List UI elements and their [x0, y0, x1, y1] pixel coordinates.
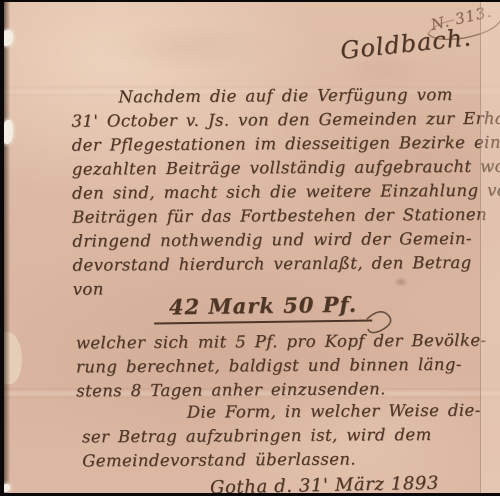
handwritten-line: welcher sich mit 5 Pf. pro Kopf der Bevö…: [76, 329, 487, 356]
handwritten-line: der Pflegestationen im diesseitigen Bezi…: [72, 130, 500, 157]
handwritten-line: Nachdem die auf die Verfügung vom: [71, 82, 500, 109]
handwritten-line: devorstand hierdurch veranlaßt, den Betr…: [72, 250, 500, 277]
paper-damage-spot: [4, 120, 13, 144]
paper-stain: [94, 22, 274, 72]
letter-body-paragraph-3: Die Form, in welcher Weise die-ser Betra…: [82, 399, 481, 474]
paper-damage-spot: [4, 30, 13, 46]
addressee-place-name: Goldbach.: [339, 23, 473, 65]
scanned-letter-screenshot: { "document": { "language": "German (Kur…: [0, 0, 500, 496]
left-edge-shadow: [4, 2, 11, 493]
handwritten-line: den sind, macht sich die weitere Einzahl…: [72, 178, 500, 205]
handwritten-line: dringend nothwendig und wird der Gemein-: [72, 226, 500, 253]
amount-line: 42 Mark 50 Pf.: [154, 291, 372, 324]
handwritten-line: Beiträgen für das Fortbestehen der Stati…: [72, 202, 500, 229]
handwritten-line: 31' October v. Js. von den Gemeinden zur…: [71, 106, 500, 133]
dateline: Gotha d. 31' März 1893: [210, 473, 439, 493]
letter-page: N. 313. Goldbach. Nachdem die auf die Ve…: [4, 2, 500, 493]
letter-body-paragraph-2: welcher sich mit 5 Pf. pro Kopf der Bevö…: [76, 329, 487, 404]
handwritten-line: Gemeindevorstand überlassen.: [82, 447, 481, 474]
letter-body-paragraph-1: Nachdem die auf die Verfügung vom31' Oct…: [71, 82, 500, 301]
right-paper-edge-strip: [480, 2, 500, 493]
handwritten-line: rung berechnet, baldigst und binnen läng…: [76, 353, 487, 380]
handwritten-line: gezahlten Beiträge vollständig aufgebrau…: [72, 154, 500, 181]
handwritten-line: Die Form, in welcher Weise die-: [82, 399, 481, 426]
handwritten-line: ser Betrag aufzubringen ist, wird dem: [82, 423, 481, 450]
